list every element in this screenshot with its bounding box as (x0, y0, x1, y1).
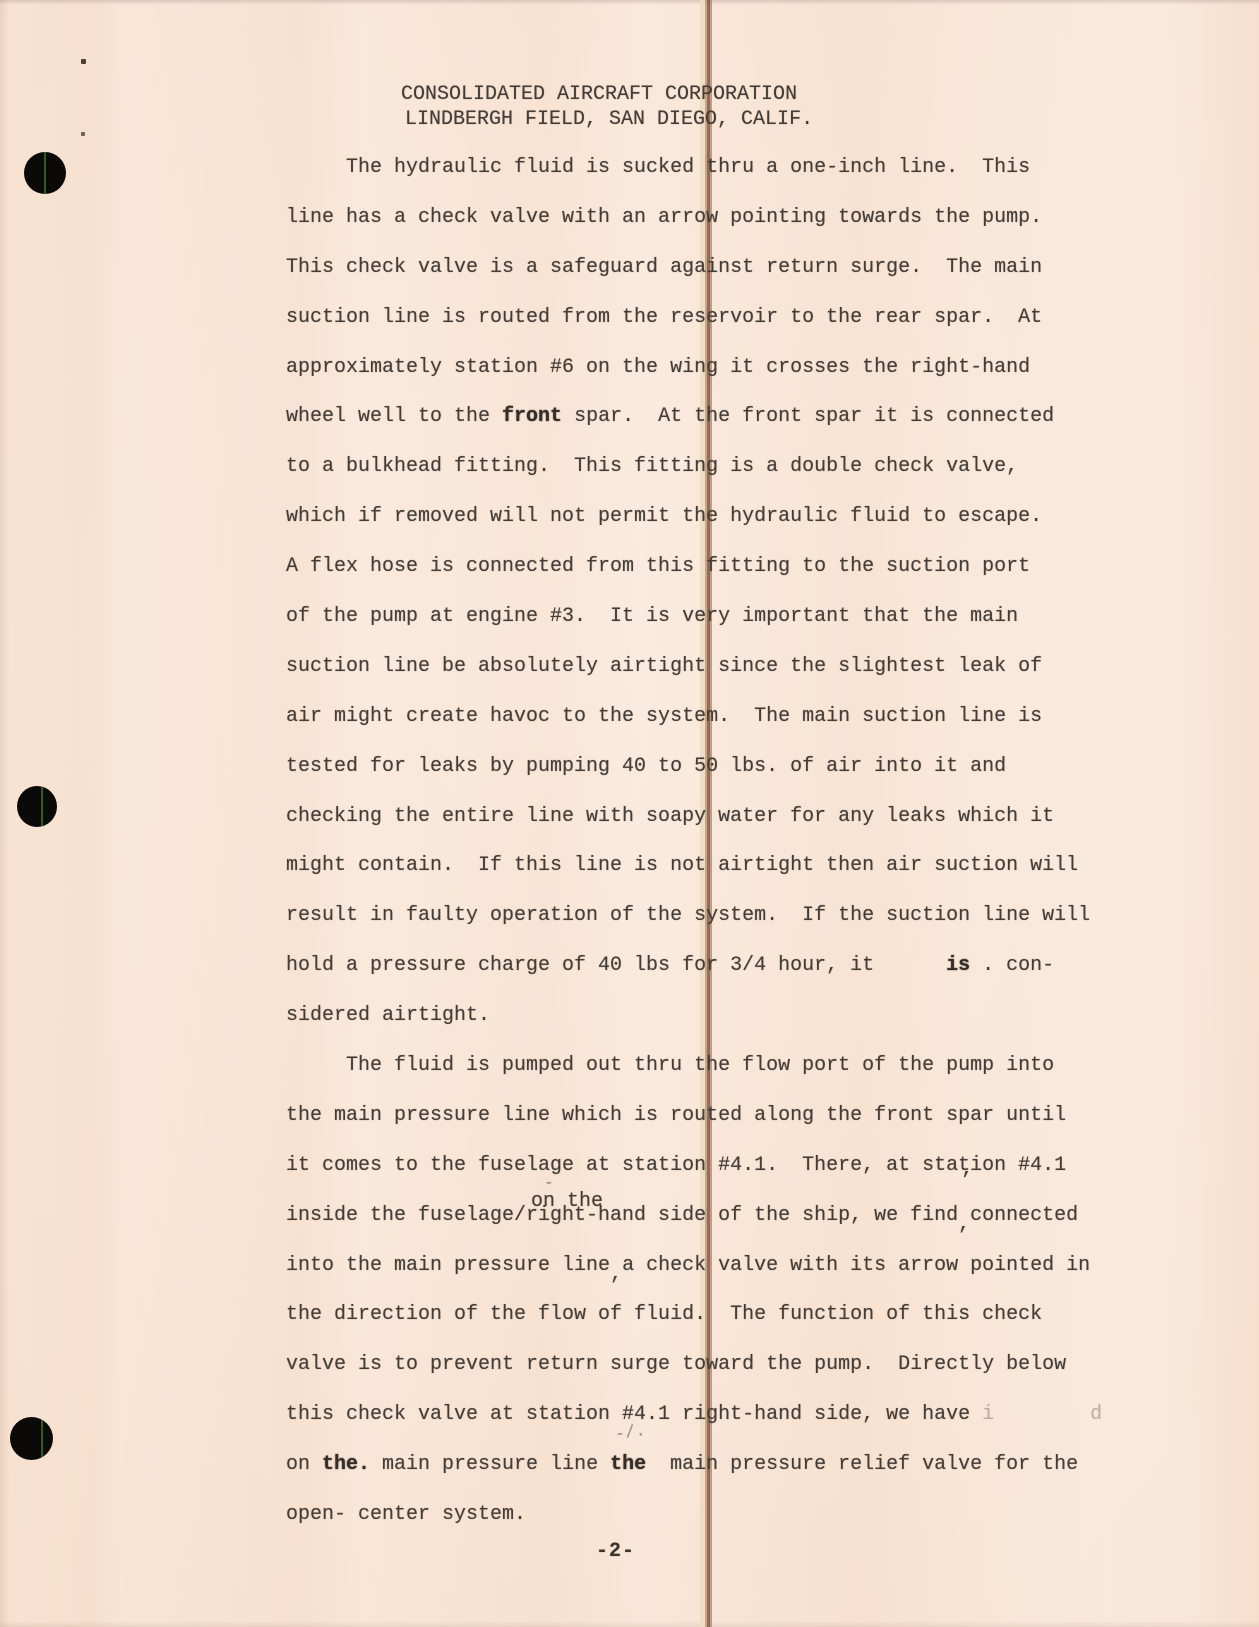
text-line: air might create havoc to the system. Th… (286, 692, 1226, 742)
text-line: tested for leaks by pumping 40 to 50 lbs… (286, 742, 1226, 792)
text-line: to a bulkhead fitting. This fitting is a… (286, 442, 1226, 492)
text-line: valve is to prevent return surge toward … (286, 1340, 1226, 1390)
document-body-text: The hydraulic fluid is sucked thru a one… (286, 143, 1226, 1540)
text-line: the main pressure line which is routed a… (286, 1091, 1226, 1141)
apostrophe-correction-mark: ’ (960, 1170, 972, 1193)
text-line: result in faulty operation of the system… (286, 891, 1226, 941)
scan-artifact-line (41, 1417, 43, 1460)
text-line: wheel well to the front spar. At the fro… (286, 392, 1226, 442)
text-line: this check valve at station #4.1 right-h… (286, 1390, 1226, 1440)
text-line: suction line is routed from the reservoi… (286, 293, 1226, 343)
scanned-typewritten-page: { "page": { "header_line1": "CONSOLIDATE… (0, 0, 1259, 1627)
text-line: line has a check valve with an arrow poi… (286, 193, 1226, 243)
text-line: open- center system. (286, 1490, 1226, 1540)
text-line: suction line be absolutely airtight sinc… (286, 642, 1226, 692)
insertion-caret-mark: - (544, 1174, 554, 1192)
text-line: it comes to the fuselage at station #4.1… (286, 1141, 1226, 1191)
company-name-header: CONSOLIDATED AIRCRAFT CORPORATION (401, 82, 797, 107)
text-line: approximately station #6 on the wing it … (286, 343, 1226, 393)
text-line: into the main pressure line,a check valv… (286, 1241, 1226, 1291)
text-line: checking the entire line with soapy wate… (286, 792, 1226, 842)
text-line: might contain. If this line is not airti… (286, 841, 1226, 891)
text-line: The fluid is pumped out thru the flow po… (286, 1041, 1226, 1091)
text-line: hold a pressure charge of 40 lbs for 3/4… (286, 941, 1226, 991)
ink-speck (81, 59, 86, 64)
text-line: which if removed will not permit the hyd… (286, 492, 1226, 542)
page-number: -2- (596, 1540, 635, 1563)
text-line: inside the fuselage/right-hand side of t… (286, 1191, 1226, 1241)
text-line: A flex hose is connected from this fitti… (286, 542, 1226, 592)
punch-hole-bottom (10, 1417, 53, 1460)
scan-artifact-line (41, 786, 43, 827)
ink-speck (81, 132, 85, 136)
company-address-header: LINDBERGH FIELD, SAN DIEGO, CALIF. (405, 107, 813, 132)
typed-insertion-on-the: on the (531, 1190, 603, 1213)
scan-artifact-line (44, 152, 46, 194)
text-line: sidered airtight. (286, 991, 1226, 1041)
punch-hole-top (24, 152, 66, 194)
text-line: the direction of the flow of fluid. The … (286, 1290, 1226, 1340)
punch-hole-middle (17, 786, 57, 827)
text-line: The hydraulic fluid is sucked thru a one… (286, 143, 1226, 193)
text-line: of the pump at engine #3. It is very imp… (286, 592, 1226, 642)
text-line: This check valve is a safeguard against … (286, 243, 1226, 293)
text-line: on the. main pressure line the main pres… (286, 1440, 1226, 1490)
